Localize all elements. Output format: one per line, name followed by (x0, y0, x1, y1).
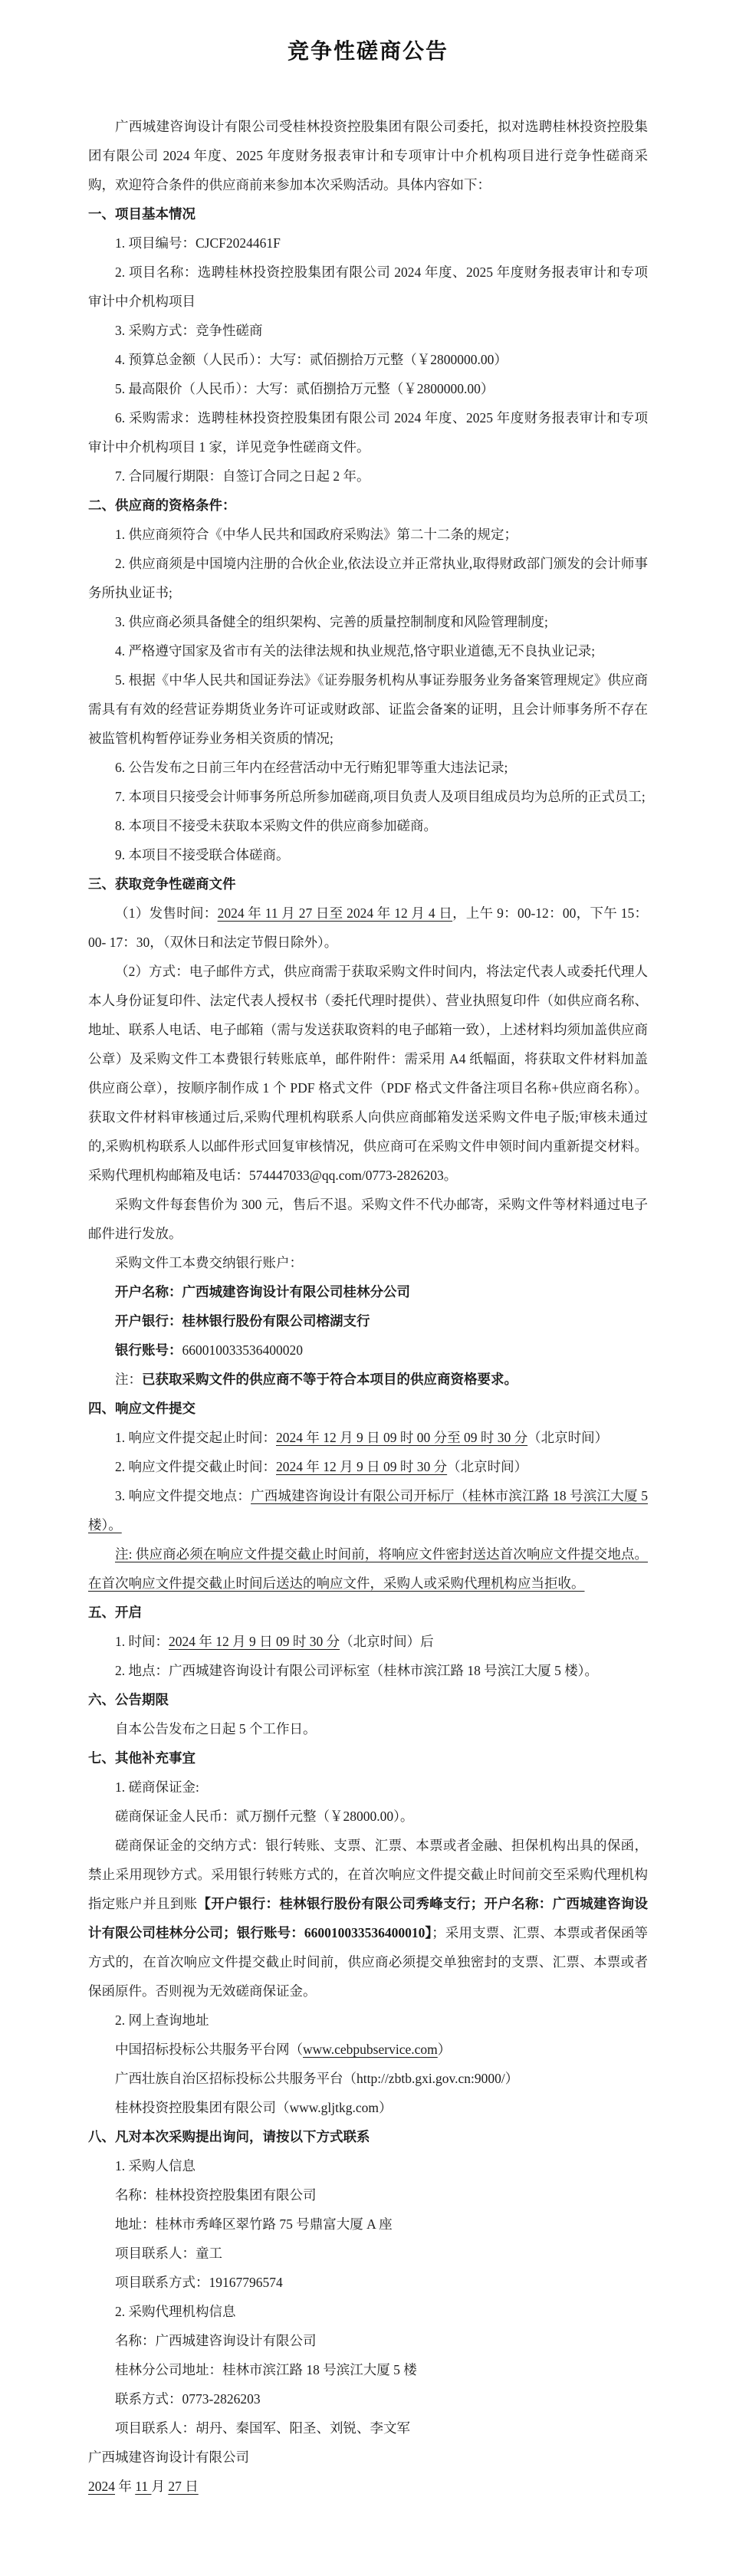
paragraph: 1. 磋商保证金: (88, 1773, 648, 1802)
text-run: 磋商保证金人民币：贰万捌仟元整（￥28000.00）。 (115, 1809, 413, 1824)
text-run: 广西城建咨询设计有限公司受桂林投资控股集团有限公司委托，拟对选聘桂林投资控股集团… (88, 119, 648, 192)
text-run: 1. 采购人信息 (115, 2158, 195, 2173)
text-run: 开户名称：广西城建咨询设计有限公司桂林分公司 (115, 1284, 410, 1299)
paragraph: 地址：桂林市秀峰区翠竹路 75 号鼎富大厦 A 座 (88, 2210, 648, 2239)
text-run: 桂林投资控股集团有限公司（www.gljtkg.com） (115, 2100, 393, 2115)
text-run: 年 (115, 2479, 135, 2494)
text-run: 已获取采购文件的供应商不等于符合本项目的供应商资格要求。 (142, 1372, 517, 1387)
text-run: 1. 响应文件提交起止时间： (115, 1430, 276, 1445)
text-run: 2024 年 11 月 27 日至 2024 年 12 月 4 日 (218, 905, 452, 921)
paragraph: 2. 采购代理机构信息 (88, 2297, 648, 2326)
paragraph: 广西壮族自治区招标投标公共服务平台（http://zbtb.gxi.gov.cn… (88, 2064, 648, 2093)
paragraph: 5. 最高限价（人民币）：大写：贰佰捌拾万元整（￥2800000.00） (88, 374, 648, 403)
text-run: ） (438, 2042, 452, 2057)
text-run: 八、凡对本次采购提出询问，请按以下方式联系 (88, 2129, 370, 2144)
text-run: 3. 供应商必须具备健全的组织架构、完善的质量控制制度和风险管理制度; (115, 614, 548, 629)
text-run: （北京时间）后 (340, 1634, 434, 1649)
section-heading: 一、项目基本情况 (88, 199, 648, 228)
text-run: 一、项目基本情况 (88, 206, 195, 222)
text-run: 广西壮族自治区招标投标公共服务平台（http://zbtb.gxi.gov.cn… (115, 2071, 518, 2086)
paragraph: 8. 本项目不接受未获取本采购文件的供应商参加磋商。 (88, 811, 648, 840)
signature-date: 2024 年 11 月 27 日 (88, 2472, 648, 2501)
paragraph: 2. 供应商须是中国境内注册的合伙企业,依法设立并正常执业,取得财政部门颁发的会… (88, 549, 648, 607)
text-run: 5. 根据《中华人民共和国证券法》《证券服务机构从事证券服务业务备案管理规定》供… (88, 672, 648, 746)
paragraph: 2. 地点：广西城建咨询设计有限公司评标室（桂林市滨江路 18 号滨江大厦 5 … (88, 1656, 648, 1685)
text-run: 2024 年 12 月 9 日 09 时 30 分 (169, 1634, 340, 1649)
paragraph: 1. 响应文件提交起止时间：2024 年 12 月 9 日 09 时 00 分至… (88, 1423, 648, 1452)
text-run: （2）方式：电子邮件方式，供应商需于获取采购文件时间内，将法定代表人或委托代理人… (88, 964, 648, 1183)
paragraph: 4. 严格遵守国家及省市有关的法律法规和执业规范,恪守职业道德,无不良执业记录; (88, 636, 648, 665)
text-run: 3. 采购方式：竞争性磋商 (115, 323, 263, 338)
text-run: 广西城建咨询设计有限公司 (88, 2449, 249, 2465)
text-run: 联系方式：0773-2826203 (115, 2391, 261, 2407)
text-run: 项目联系人：胡丹、秦国军、阳圣、刘锐、李文军 (115, 2420, 410, 2436)
paragraph: 7. 合同履行期限：自签订合同之日起 2 年。 (88, 462, 648, 491)
text-run: 7. 本项目只接受会计师事务所总所参加磋商,项目负责人及项目组成员均为总所的正式… (115, 789, 646, 804)
text-run: 四、响应文件提交 (88, 1401, 195, 1416)
paragraph: 开户银行：桂林银行股份有限公司榕湖支行 (88, 1306, 648, 1336)
text-run: 名称：桂林投资控股集团有限公司 (115, 2187, 317, 2203)
text-run: 2. 响应文件提交截止时间： (115, 1459, 276, 1474)
text-run: 三、获取竞争性磋商文件 (88, 876, 236, 892)
text-run: 项目联系人：童工 (115, 2246, 222, 2261)
paragraph: 注：已获取采购文件的供应商不等于符合本项目的供应商资格要求。 (88, 1365, 648, 1394)
signature-company: 广西城建咨询设计有限公司 (88, 2443, 648, 2472)
text-run: 自本公告发布之日起 5 个工作日。 (115, 1721, 317, 1737)
text-run: 1. 项目编号：CJCF2024461F (115, 235, 281, 251)
document-body: 广西城建咨询设计有限公司受桂林投资控股集团有限公司委托，拟对选聘桂林投资控股集团… (88, 112, 648, 2501)
paragraph: 4. 预算总金额（人民币）：大写：贰佰捌拾万元整（￥2800000.00） (88, 345, 648, 374)
document-title: 竞争性磋商公告 (88, 35, 648, 69)
section-heading: 二、供应商的资格条件： (88, 491, 648, 520)
paragraph: 1. 项目编号：CJCF2024461F (88, 228, 648, 258)
section-heading: 八、凡对本次采购提出询问，请按以下方式联系 (88, 2122, 648, 2151)
text-run: （1）发售时间： (115, 905, 218, 921)
text-run: 开户银行：桂林银行股份有限公司榕湖支行 (115, 1313, 370, 1329)
text-run: 采购文件每套售价为 300 元，售后不退。采购文件不代办邮寄，采购文件等材料通过… (88, 1197, 648, 1241)
paragraph: 1. 供应商须符合《中华人民共和国政府采购法》第二十二条的规定； (88, 520, 648, 549)
text-run: 2. 项目名称：选聘桂林投资控股集团有限公司 2024 年度、2025 年度财务… (88, 264, 648, 309)
paragraph: 2. 项目名称：选聘桂林投资控股集团有限公司 2024 年度、2025 年度财务… (88, 258, 648, 316)
text-run: 中国招标投标公共服务平台网（ (115, 2042, 303, 2057)
paragraph: （2）方式：电子邮件方式，供应商需于获取采购文件时间内，将法定代表人或委托代理人… (88, 957, 648, 1190)
text-run: （北京时间） (447, 1459, 527, 1474)
text-run: 7. 合同履行期限：自签订合同之日起 2 年。 (115, 468, 370, 484)
section-heading: 四、响应文件提交 (88, 1394, 648, 1423)
text-run: 项目联系方式：19167796574 (115, 2275, 283, 2290)
document-page: 竞争性磋商公告 广西城建咨询设计有限公司受桂林投资控股集团有限公司委托，拟对选聘… (0, 0, 736, 2576)
text-run: 6. 公告发布之日前三年内在经营活动中无行贿犯罪等重大违法记录; (115, 760, 508, 775)
text-run: 4. 预算总金额（人民币）：大写：贰佰捌拾万元整（￥2800000.00） (115, 352, 508, 367)
paragraph: （1）发售时间：2024 年 11 月 27 日至 2024 年 12 月 4 … (88, 899, 648, 957)
paragraph: 项目联系方式：19167796574 (88, 2268, 648, 2297)
paragraph: 开户名称：广西城建咨询设计有限公司桂林分公司 (88, 1277, 648, 1306)
paragraph: 名称：桂林投资控股集团有限公司 (88, 2180, 648, 2210)
paragraph: 中国招标投标公共服务平台网（www.cebpubservice.com） (88, 2035, 648, 2064)
text-run: 1. 磋商保证金: (115, 1779, 199, 1795)
paragraph: 9. 本项目不接受联合体磋商。 (88, 840, 648, 869)
paragraph: 采购文件工本费交纳银行账户： (88, 1248, 648, 1277)
text-run: 采购文件工本费交纳银行账户： (115, 1255, 303, 1270)
text-run: 注： (115, 1372, 142, 1387)
section-heading: 五、开启 (88, 1598, 648, 1627)
section-heading: 六、公告期限 (88, 1685, 648, 1714)
text-run: 2. 地点：广西城建咨询设计有限公司评标室（桂林市滨江路 18 号滨江大厦 5 … (115, 1663, 598, 1678)
paragraph: 联系方式：0773-2826203 (88, 2384, 648, 2413)
section-heading: 三、获取竞争性磋商文件 (88, 869, 648, 899)
paragraph: 2. 响应文件提交截止时间：2024 年 12 月 9 日 09 时 30 分（… (88, 1452, 648, 1481)
paragraph: 1. 采购人信息 (88, 2151, 648, 2180)
paragraph: 银行账号：660010033536400020 (88, 1336, 648, 1365)
paragraph: 磋商保证金的交纳方式：银行转账、支票、汇票、本票或者金融、担保机构出具的保函，禁… (88, 1831, 648, 2006)
text-run: 4. 严格遵守国家及省市有关的法律法规和执业规范,恪守职业道德,无不良执业记录; (115, 643, 595, 659)
text-run: 5. 最高限价（人民币）：大写：贰佰捌拾万元整（￥2800000.00） (115, 381, 494, 396)
text-run: 五、开启 (88, 1605, 142, 1620)
text-run: 2024 (88, 2479, 115, 2494)
text-run: 桂林分公司地址：桂林市滨江路 18 号滨江大厦 5 楼 (115, 2362, 417, 2377)
text-run: 月 (151, 2479, 168, 2494)
paragraph: 3. 采购方式：竞争性磋商 (88, 316, 648, 345)
paragraph: 6. 公告发布之日前三年内在经营活动中无行贿犯罪等重大违法记录; (88, 753, 648, 782)
paragraph: 3. 响应文件提交地点：广西城建咨询设计有限公司开标厅（桂林市滨江路 18 号滨… (88, 1481, 648, 1539)
text-run: 注: 供应商必须在响应文件提交截止时间前，将响应文件密封送达首次响应文件提交地点… (88, 1546, 648, 1591)
paragraph: 6. 采购需求：选聘桂林投资控股集团有限公司 2024 年度、2025 年度财务… (88, 403, 648, 462)
text-run: 六、公告期限 (88, 1692, 169, 1707)
paragraph: 采购文件每套售价为 300 元，售后不退。采购文件不代办邮寄，采购文件等材料通过… (88, 1190, 648, 1248)
paragraph: 广西城建咨询设计有限公司受桂林投资控股集团有限公司委托，拟对选聘桂林投资控股集团… (88, 112, 648, 199)
paragraph: 桂林投资控股集团有限公司（www.gljtkg.com） (88, 2093, 648, 2122)
paragraph: 自本公告发布之日起 5 个工作日。 (88, 1714, 648, 1743)
text-run: 名称：广西城建咨询设计有限公司 (115, 2333, 317, 2348)
text-run: 2. 网上查询地址 (115, 2013, 209, 2028)
paragraph: 磋商保证金人民币：贰万捌仟元整（￥28000.00）。 (88, 1802, 648, 1831)
section-heading: 七、其他补充事宜 (88, 1743, 648, 1773)
paragraph: 1. 时间：2024 年 12 月 9 日 09 时 30 分（北京时间）后 (88, 1627, 648, 1656)
paragraph: 桂林分公司地址：桂林市滨江路 18 号滨江大厦 5 楼 (88, 2355, 648, 2384)
text-run: 2. 供应商须是中国境内注册的合伙企业,依法设立并正常执业,取得财政部门颁发的会… (88, 556, 648, 600)
text-run: 地址：桂林市秀峰区翠竹路 75 号鼎富大厦 A 座 (115, 2216, 393, 2232)
paragraph: 7. 本项目只接受会计师事务所总所参加磋商,项目负责人及项目组成员均为总所的正式… (88, 782, 648, 811)
text-run: 二、供应商的资格条件： (88, 498, 236, 513)
text-run: 七、其他补充事宜 (88, 1750, 195, 1766)
text-run: www.cebpubservice.com (303, 2042, 438, 2057)
paragraph: 注: 供应商必须在响应文件提交截止时间前，将响应文件密封送达首次响应文件提交地点… (88, 1539, 648, 1598)
text-run: 银行账号： (115, 1342, 182, 1358)
text-run: 2. 采购代理机构信息 (115, 2304, 236, 2319)
paragraph: 5. 根据《中华人民共和国证券法》《证券服务机构从事证券服务业务备案管理规定》供… (88, 665, 648, 753)
text-run: 2024 年 12 月 9 日 09 时 00 分至 09 时 30 分 (276, 1430, 527, 1445)
text-run: 9. 本项目不接受联合体磋商。 (115, 847, 290, 863)
text-run: 6. 采购需求：选聘桂林投资控股集团有限公司 2024 年度、2025 年度财务… (88, 410, 648, 455)
paragraph: 项目联系人：胡丹、秦国军、阳圣、刘锐、李文军 (88, 2413, 648, 2443)
text-run: 1. 供应商须符合《中华人民共和国政府采购法》第二十二条的规定； (115, 527, 517, 542)
paragraph: 名称：广西城建咨询设计有限公司 (88, 2326, 648, 2355)
text-run: （北京时间） (527, 1430, 608, 1445)
paragraph: 3. 供应商必须具备健全的组织架构、完善的质量控制制度和风险管理制度; (88, 607, 648, 636)
text-run: 11 (135, 2479, 151, 2494)
text-run: 1. 时间： (115, 1634, 169, 1649)
paragraph: 2. 网上查询地址 (88, 2006, 648, 2035)
text-run: 2024 年 12 月 9 日 09 时 30 分 (276, 1459, 447, 1474)
text-run: 27 日 (168, 2479, 198, 2494)
paragraph: 项目联系人：童工 (88, 2239, 648, 2268)
text-run: 3. 响应文件提交地点： (115, 1488, 251, 1503)
text-run: 8. 本项目不接受未获取本采购文件的供应商参加磋商。 (115, 818, 437, 833)
text-run: 660010033536400020 (182, 1342, 304, 1358)
